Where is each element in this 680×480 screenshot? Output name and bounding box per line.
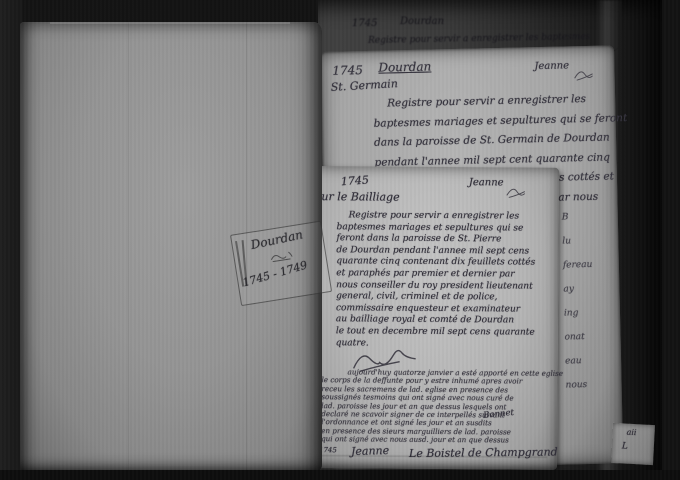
dark-page-place: Dourdan xyxy=(400,16,444,27)
cover-page: Dourdan 1745 - 1749 xyxy=(20,22,322,472)
fragment: ay xyxy=(563,284,593,309)
fragment: fereau xyxy=(563,260,593,285)
scan-bottom-band xyxy=(0,470,680,480)
dark-page-faint-line: Registre pour servir a enregistrer les b… xyxy=(368,32,590,46)
page-top-highlight xyxy=(50,22,290,24)
scanned-register-photo: 1745 Dourdan Registre pour servir a enre… xyxy=(0,0,680,480)
fragment: B xyxy=(562,212,592,237)
bailliage-paraph: Jeanne xyxy=(469,177,504,188)
manuscript-line: Registre pour servir a enregistrer les xyxy=(349,210,536,223)
edge-paper-chip: aii L xyxy=(611,423,655,465)
stgermain-line-fragments: B lu fereau ay ing onat eau nous xyxy=(562,212,596,405)
manuscript-line: general, civil, criminel et de police, xyxy=(336,291,535,304)
stgermain-place: Dourdan xyxy=(378,59,431,74)
stgermain-parish: St. Germain xyxy=(330,77,398,94)
bailliage-year: 1745 xyxy=(341,173,370,188)
page-bailliage: 1745 Jeanne pour le Bailliage Registre p… xyxy=(301,166,559,470)
edge-mark: aii xyxy=(626,428,636,438)
signature-main: Le Boistel de Champgrand xyxy=(409,445,558,460)
bailliage-paraph-flourish xyxy=(505,183,527,199)
manuscript-line: et paraphés par premier et dernier par xyxy=(336,268,535,281)
edge-mark: L xyxy=(622,441,628,451)
label-title: Dourdan xyxy=(249,227,304,252)
fragment: lu xyxy=(562,236,592,261)
fragment: nous xyxy=(566,380,596,405)
manuscript-line: le tout en decembre mil sept cens quaran… xyxy=(336,326,535,339)
fragment: eau xyxy=(565,356,595,381)
fragment: ing xyxy=(564,308,594,333)
dark-page-year: 1745 xyxy=(352,18,377,29)
act-entry-block: aujourd'huy quatorze janvier a esté appo… xyxy=(321,368,563,445)
stgermain-paraph: Jeanne xyxy=(534,60,569,72)
bailliage-paragraph: Registre pour servir a enregistrer les b… xyxy=(336,210,536,351)
stgermain-paraph-flourish xyxy=(572,66,594,82)
fragment: onat xyxy=(564,332,594,357)
paper-crease xyxy=(128,22,129,472)
cover-pencil-label: Dourdan 1745 - 1749 xyxy=(230,221,332,307)
stgermain-year: 1745 xyxy=(332,63,363,78)
